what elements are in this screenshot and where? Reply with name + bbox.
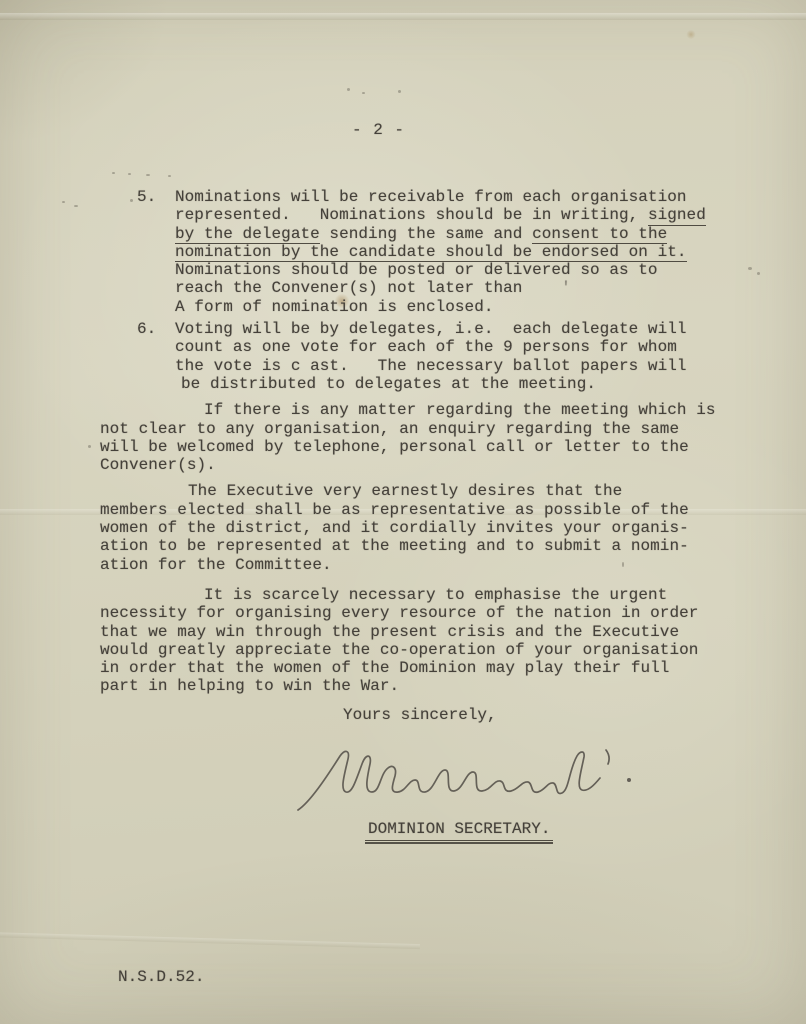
text-line: would greatly appreciate the co-operatio… xyxy=(100,641,760,659)
text-line: Nominations will be receivable from each… xyxy=(175,188,760,206)
numbered-item: 6.Voting will be by delegates, i.e. each… xyxy=(175,320,760,393)
text-line: It is scarcely necessary to emphasise th… xyxy=(100,586,760,604)
text-segment: If there is any matter regarding the mee… xyxy=(204,401,716,419)
text-segment: A form of nomination is enclosed. xyxy=(175,298,494,316)
paragraph: It is scarcely necessary to emphasise th… xyxy=(100,586,760,696)
text-segment: Nominations will be receivable from each… xyxy=(175,188,687,206)
text-segment: reach the Convener(s) not later than xyxy=(175,279,522,297)
text-segment: part in helping to win the War. xyxy=(100,677,399,695)
underlined-text: consent to the xyxy=(532,225,667,245)
text-line: If there is any matter regarding the mee… xyxy=(100,401,760,419)
handwritten-signature xyxy=(282,740,662,820)
text-line: by the delegate sending the same and con… xyxy=(175,225,760,243)
signature-title: DOMINION SECRETARY. xyxy=(365,820,553,841)
text-segment: be distributed to delegates at the meeti… xyxy=(181,375,596,393)
paper-speck xyxy=(74,205,78,207)
paper-speck xyxy=(398,90,401,93)
paper-stain xyxy=(686,30,696,39)
paper-speck xyxy=(128,173,131,175)
text-line: part in helping to win the War. xyxy=(100,677,760,695)
paper-speck xyxy=(88,445,91,448)
text-line: reach the Convener(s) not later than ' xyxy=(175,279,760,297)
text-line: Nominations should be posted or delivere… xyxy=(175,261,760,279)
text-segment: It is scarcely necessary to emphasise th… xyxy=(204,586,667,604)
text-line: A form of nomination is enclosed. xyxy=(175,298,760,316)
text-segment: ' xyxy=(522,279,570,297)
text-segment: in order that the women of the Dominion … xyxy=(100,659,669,677)
text-segment: will be welcomed by telephone, personal … xyxy=(100,438,689,456)
text-line: Voting will be by delegates, i.e. each d… xyxy=(175,320,760,338)
paragraph: If there is any matter regarding the mee… xyxy=(100,401,760,474)
text-line: ation to be represented at the meeting a… xyxy=(100,537,760,555)
text-line: be distributed to delegates at the meeti… xyxy=(175,375,760,393)
text-segment: ation to be represented at the meeting a… xyxy=(100,537,689,555)
text-line: ation for the Committee. xyxy=(100,556,760,574)
text-segment: count as one vote for each of the 9 pers… xyxy=(175,338,677,356)
underlined-text: signed xyxy=(648,206,706,226)
letter-body: 5.Nominations will be receivable from ea… xyxy=(100,188,760,696)
closing-salutation: Yours sincerely, xyxy=(343,706,497,724)
underlined-text: nomination by the candidate should be en… xyxy=(175,243,687,263)
item-number: 5. xyxy=(137,188,156,206)
reference-code: N.S.D.52. xyxy=(118,968,204,986)
text-line: members elected shall be as representati… xyxy=(100,501,760,519)
paragraph: The Executive very earnestly desires tha… xyxy=(100,482,760,573)
paper-speck xyxy=(112,172,115,174)
text-line: not clear to any organisation, an enquir… xyxy=(100,420,760,438)
page-number: - 2 - xyxy=(352,121,405,139)
text-line: necessity for organising every resource … xyxy=(100,604,760,622)
paper-crease-bottom xyxy=(0,932,420,949)
text-line: The Executive very earnestly desires tha… xyxy=(100,482,760,500)
text-segment: would greatly appreciate the co-operatio… xyxy=(100,641,698,659)
item-number: 6. xyxy=(137,320,156,338)
paper-speck xyxy=(146,174,150,176)
numbered-item: 5.Nominations will be receivable from ea… xyxy=(175,188,760,316)
text-segment: Nominations should be posted or delivere… xyxy=(175,261,658,279)
text-segment: necessity for organising every resource … xyxy=(100,604,698,622)
text-segment: the vote is c ast. The necessary ballot … xyxy=(175,357,687,375)
text-segment: Voting will be by delegates, i.e. each d… xyxy=(175,320,687,338)
underlined-text: by the delegate xyxy=(175,225,320,245)
text-line: that we may win through the present cris… xyxy=(100,623,760,641)
text-line: represented. Nominations should be in wr… xyxy=(175,206,760,224)
paper-crease-top xyxy=(0,13,806,20)
text-segment: Convener(s). xyxy=(100,456,216,474)
text-segment: represented. Nominations should be in wr… xyxy=(175,206,648,224)
text-line: Convener(s). xyxy=(100,456,760,474)
paper-speck xyxy=(62,201,65,203)
text-segment: sending the same and xyxy=(320,225,532,243)
text-line: nomination by the candidate should be en… xyxy=(175,243,760,261)
text-segment: that we may win through the present cris… xyxy=(100,623,679,641)
text-line: will be welcomed by telephone, personal … xyxy=(100,438,760,456)
text-line: in order that the women of the Dominion … xyxy=(100,659,760,677)
text-line: women of the district, and it cordially … xyxy=(100,519,760,537)
text-segment: not clear to any organisation, an enquir… xyxy=(100,420,679,438)
text-segment: ation for the Committee. xyxy=(100,556,332,574)
text-segment: women of the district, and it cordially … xyxy=(100,519,689,537)
text-segment: The Executive very earnestly desires tha… xyxy=(188,482,622,500)
paper-speck xyxy=(347,88,350,91)
paper-speck xyxy=(362,92,365,94)
paper-speck xyxy=(168,175,171,177)
text-line: the vote is c ast. The necessary ballot … xyxy=(175,357,760,375)
text-segment: members elected shall be as representati… xyxy=(100,501,689,519)
typewritten-letter-page: - 2 - 5.Nominations will be receivable f… xyxy=(0,0,806,1024)
text-line: count as one vote for each of the 9 pers… xyxy=(175,338,760,356)
